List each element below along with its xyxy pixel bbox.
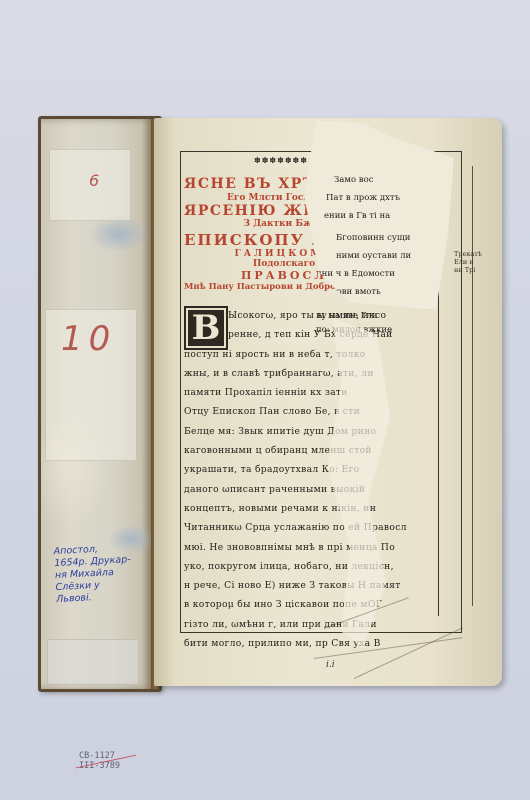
margin-note-line: Ели и	[454, 258, 498, 266]
margin-note-line: Трекатѣ	[454, 250, 498, 258]
title-page: ✽✽✽✽✽✽✽ ЯСНЕ ВЪ ХРТЕ ПРЕ Его Млсти Госпо…	[154, 118, 502, 686]
text-line: Белце мя: Звык ипитіе душ Дом рино	[184, 422, 436, 441]
text-line: украшати, та брадоутхвал Ко: Его	[184, 460, 436, 479]
text-line: даного ωписант раченными выокій	[184, 480, 436, 499]
spine-red-mark: 10	[61, 319, 116, 359]
fragment-line: ении в Гв ті на	[324, 208, 390, 225]
text-line: мюі. Не знововпнімы мнѣ в прі менца По	[184, 538, 436, 557]
fragment-line: ними оустави ли	[336, 248, 411, 265]
margin-rule	[472, 166, 473, 606]
text-line: уко, покругом ілица, нобаго, ни лекцієн,	[184, 557, 436, 576]
spine-paper-patch	[47, 639, 139, 685]
text-line: Отцу Епископ Пан слово Бе, в сти	[184, 402, 436, 421]
book-photo-scene: 6 10 Апостол, 1654р. Друкар- ня Михайла …	[0, 0, 530, 800]
margin-note-line: ни Трі	[454, 266, 498, 274]
margin-note: Трекатѣ Ели и ни Трі	[454, 250, 498, 274]
text-line: Читанникω Срца услажанію по ей Правосл	[184, 518, 436, 537]
text-line: концептъ, новыми речами к нікін, ин	[184, 499, 436, 518]
text-line: каговонными ц обиранц мленш стой	[184, 441, 436, 460]
page-number: і.і	[326, 660, 335, 670]
book-spine: 6 10 Апостол, 1654р. Друкар- ня Михайла …	[38, 116, 162, 692]
spine-red-mark: 6	[89, 171, 99, 190]
ornamental-headpiece: ✽✽✽✽✽✽✽	[254, 156, 308, 165]
fragment-line: ини ч в Едомости	[316, 266, 395, 283]
fragment-line: Пат в лрож дхтъ	[326, 190, 400, 207]
fragment-line: Бгоповинн сущи	[336, 230, 410, 247]
handwritten-spine-label: Апостол, 1654р. Друкар- ня Михайла Слёзк…	[53, 542, 136, 606]
text-line: бити могло, прилипо ми, пр Свя уха В	[184, 634, 436, 653]
text-line: н рече, Сі ново Е) ниже З таковы Н памят	[184, 576, 436, 595]
fragment-line: Замо вос	[334, 172, 373, 189]
text-line: гізто ли, ωмѣни г, или при дани Гали	[184, 615, 436, 634]
decorated-initial: В	[184, 306, 228, 350]
text-line: в которομ бы ино З ціскавои попе мОГ	[184, 595, 436, 614]
shelfmark: СВ-1127 III-3789	[79, 751, 120, 771]
text-line: жны, и в славѣ трибраннагω, ати, ли	[184, 364, 436, 383]
text-line: памяти Прохапіл іенніи кх зати	[184, 383, 436, 402]
